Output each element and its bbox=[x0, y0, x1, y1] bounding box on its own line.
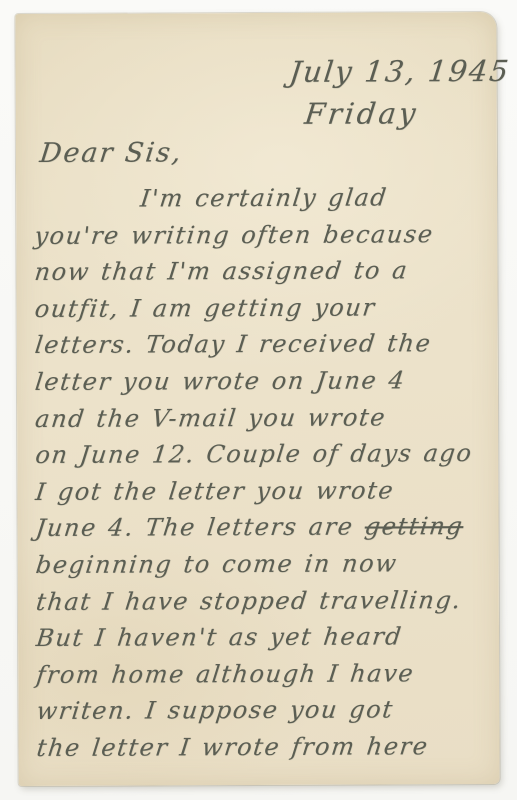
letter-line: outfit, I am getting your bbox=[33, 289, 497, 328]
letter-line: from home although I have bbox=[34, 655, 498, 694]
strikethrough-word: getting bbox=[363, 512, 465, 540]
letter-salutation: Dear Sis, bbox=[38, 137, 184, 169]
letter-line: now that I'm assigned to a bbox=[33, 252, 497, 291]
letter-scan: July 13, 1945 Friday Dear Sis, I'm certa… bbox=[0, 0, 517, 800]
letter-line-text: June 4. The letters are bbox=[34, 513, 366, 542]
letter-line: that I have stopped travelling. bbox=[34, 581, 498, 620]
letter-day: Friday bbox=[303, 96, 421, 131]
letter-body: I'm certainly glad you're writing often … bbox=[32, 179, 495, 767]
letter-line: I'm certainly glad bbox=[32, 179, 496, 218]
letter-line: you're writing often because bbox=[32, 216, 496, 255]
letter-line: the letter I wrote from here bbox=[35, 728, 499, 767]
letter-line: I got the letter you wrote bbox=[33, 472, 497, 511]
letter-line: writen. I suppose you got bbox=[34, 691, 498, 730]
letter-line: June 4. The letters are getting bbox=[34, 508, 498, 547]
letter-line: letters. Today I received the bbox=[33, 325, 497, 364]
letter-line: and the V-mail you wrote bbox=[33, 399, 497, 438]
letter-line: beginning to come in now bbox=[34, 545, 498, 584]
letter-line: But I haven't as yet heard bbox=[34, 618, 498, 657]
letter-paper: July 13, 1945 Friday Dear Sis, I'm certa… bbox=[15, 12, 499, 786]
letter-line: on June 12. Couple of days ago bbox=[33, 435, 497, 474]
letter-line: letter you wrote on June 4 bbox=[33, 362, 497, 401]
letter-date: July 13, 1945 bbox=[288, 54, 512, 89]
